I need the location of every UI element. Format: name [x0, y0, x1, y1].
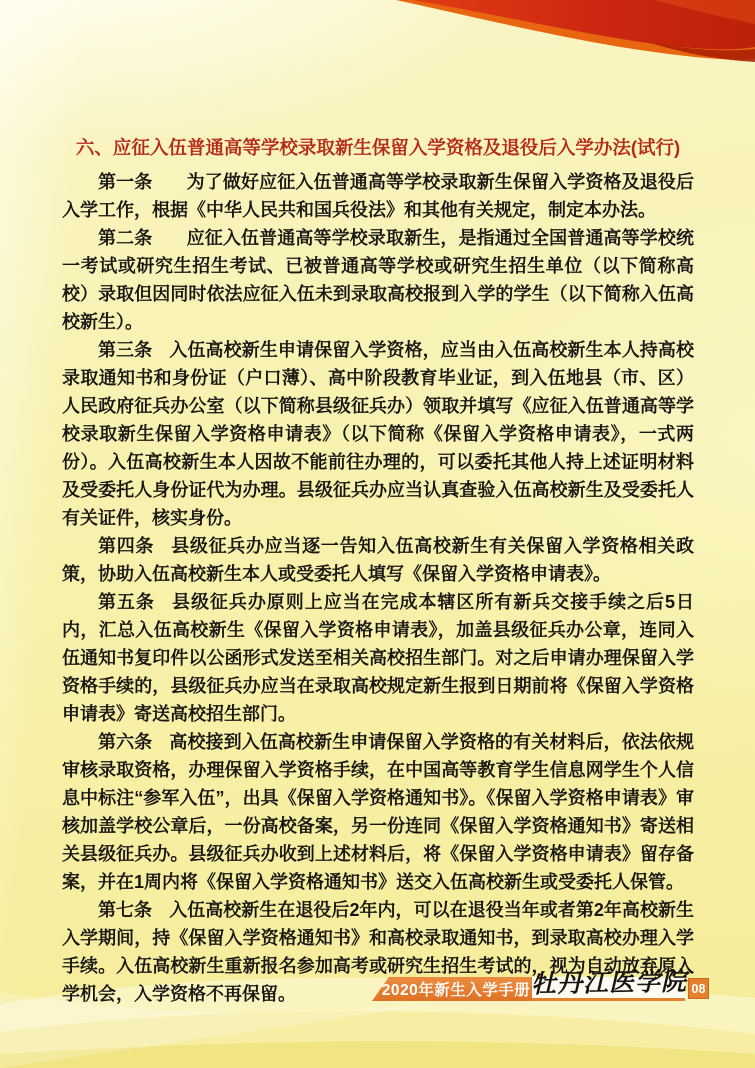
- article-2: 第二条应征入伍普通高等学校录取新生，是指通过全国普通高等学校统一考试或研究生招生…: [62, 224, 694, 336]
- article-5-label: 第五条: [98, 592, 155, 612]
- school-name-plate: 牡丹江医学院: [532, 977, 685, 1001]
- page-title: 六、应征入伍普通高等学校录取新生保留入学资格及退役后入学办法(试行): [62, 133, 694, 163]
- article-1-label: 第一条: [98, 172, 152, 192]
- article-6-label: 第六条: [98, 732, 152, 752]
- article-2-label: 第二条: [98, 228, 152, 248]
- school-name-calligraphy: 牡丹江医学院: [530, 970, 686, 998]
- article-3: 第三条入伍高校新生申请保留入学资格，应当由入伍高校新生本人持高校录取通知书和身份…: [62, 336, 694, 532]
- article-5-text: 县级征兵办原则上应当在完成本辖区所有新兵交接手续之后5日内，汇总入伍高校新生《保…: [62, 592, 694, 724]
- red-ribbon-decoration: [0, 0, 755, 95]
- article-6: 第六条高校接到入伍高校新生申请保留入学资格的有关材料后，依法依规审核录取资格，办…: [62, 728, 694, 896]
- page-number-badge: 08: [688, 978, 709, 999]
- article-4-text: 县级征兵办应当逐一告知入伍高校新生有关保留入学资格相关政策，协助入伍高校新生本人…: [62, 536, 694, 584]
- article-6-text: 高校接到入伍高校新生申请保留入学资格的有关材料后，依法依规审核录取资格，办理保留…: [62, 732, 694, 892]
- article-2-text: 应征入伍普通高等学校录取新生，是指通过全国普通高等学校统一考试或研究生招生考试、…: [62, 228, 694, 332]
- article-7-label: 第七条: [98, 900, 152, 920]
- footer-band: 2020年新生入学手册 牡丹江医学院 08: [372, 977, 709, 1001]
- handbook-title-label: 2020年新生入学手册: [382, 978, 530, 1000]
- article-4: 第四条县级征兵办应当逐一告知入伍高校新生有关保留入学资格相关政策，协助入伍高校新…: [62, 532, 694, 588]
- page-number: 08: [692, 982, 706, 996]
- article-1-text: 为了做好应征入伍普通高等学校录取新生保留入学资格及退役后入学工作，根据《中华人民…: [62, 172, 694, 220]
- handbook-title-tab: 2020年新生入学手册: [372, 977, 532, 1001]
- article-3-label: 第三条: [98, 340, 152, 360]
- document-body: 六、应征入伍普通高等学校录取新生保留入学资格及退役后入学办法(试行) 第一条为了…: [62, 133, 694, 1008]
- article-1: 第一条为了做好应征入伍普通高等学校录取新生保留入学资格及退役后入学工作，根据《中…: [62, 168, 694, 224]
- article-5: 第五条县级征兵办原则上应当在完成本辖区所有新兵交接手续之后5日内，汇总入伍高校新…: [62, 588, 694, 728]
- handbook-page: 六、应征入伍普通高等学校录取新生保留入学资格及退役后入学办法(试行) 第一条为了…: [0, 0, 755, 1068]
- article-3-text: 入伍高校新生申请保留入学资格，应当由入伍高校新生本人持高校录取通知书和身份证（户…: [62, 340, 694, 528]
- article-4-label: 第四条: [98, 536, 154, 556]
